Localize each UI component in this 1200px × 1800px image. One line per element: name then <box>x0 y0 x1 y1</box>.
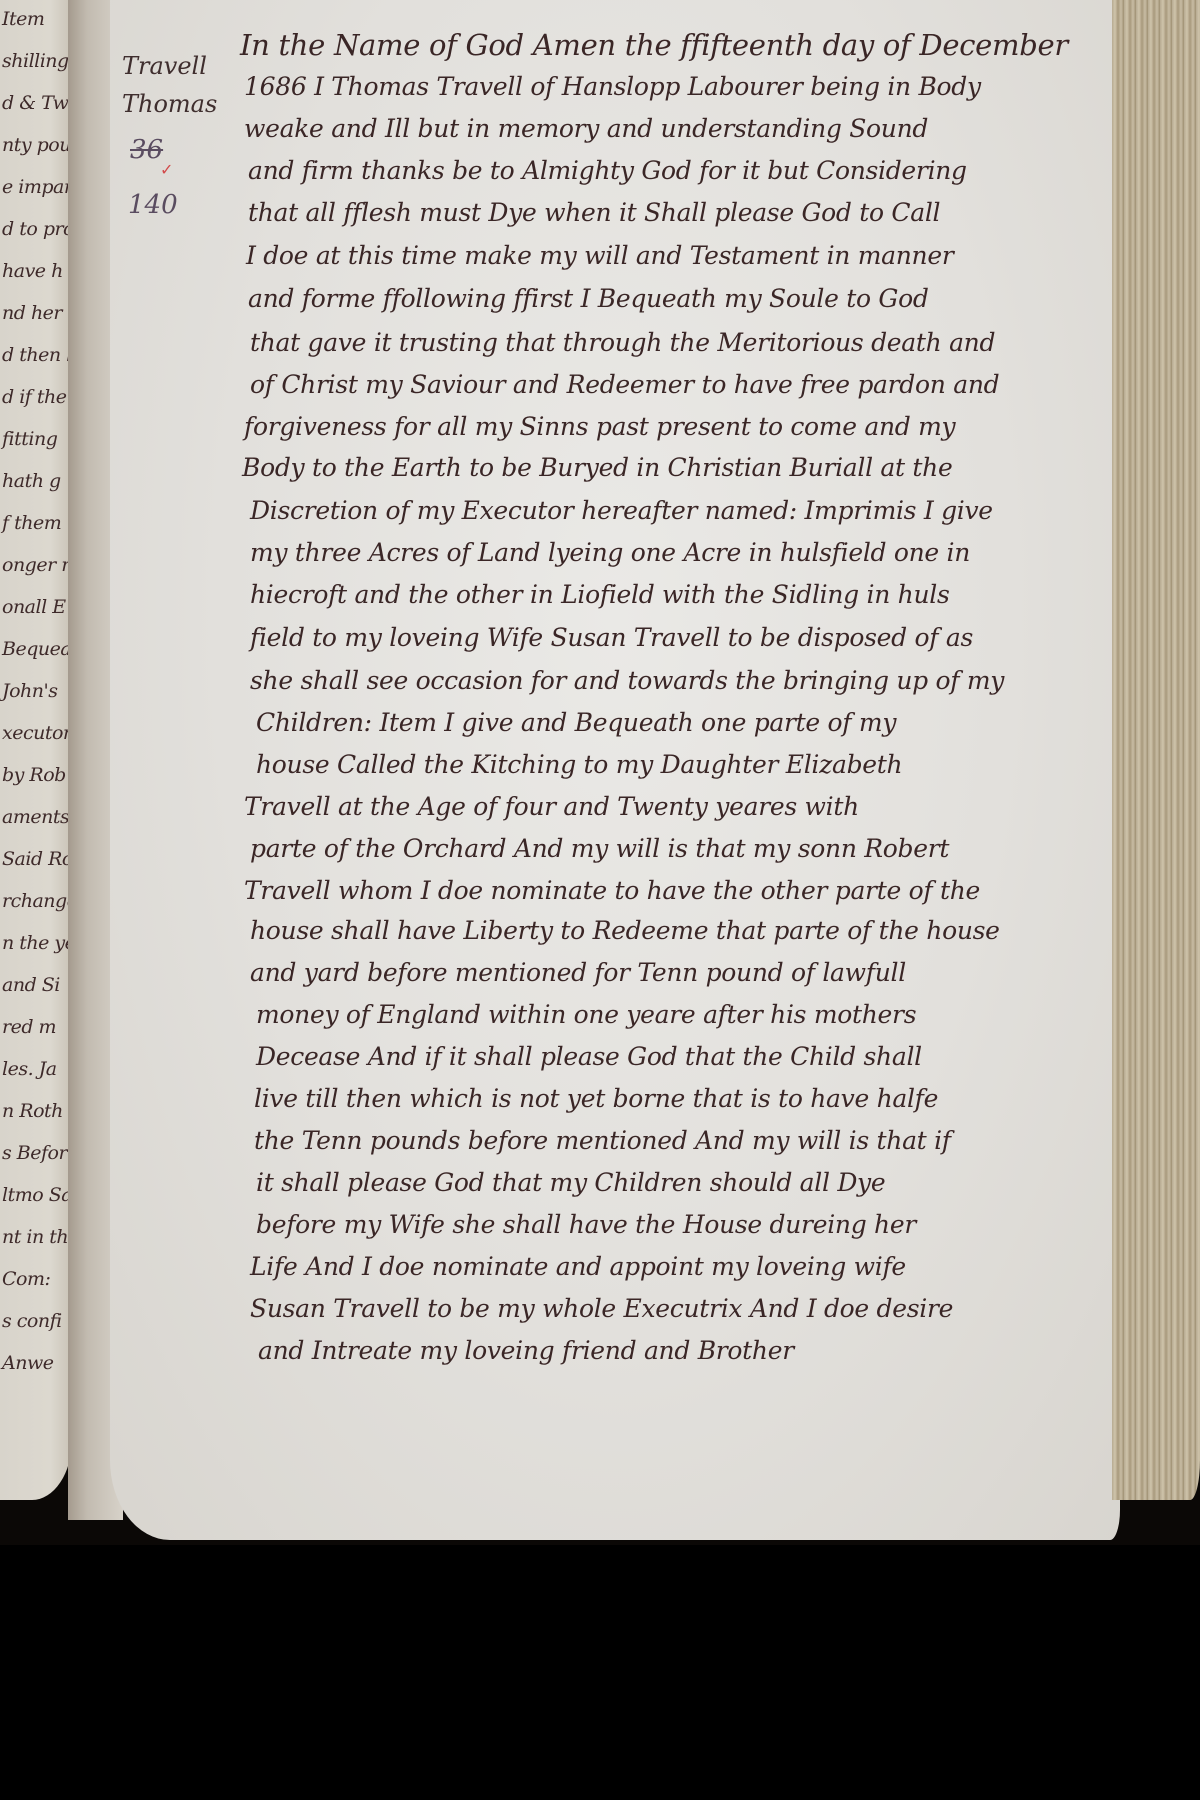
facing-page-fragment: d to pro <box>2 218 72 240</box>
text-line: of Christ my Saviour and Redeemer to hav… <box>250 370 999 399</box>
facing-page-fragment: onall E <box>2 596 66 618</box>
text-line: house shall have Liberty to Redeeme that… <box>250 916 1000 945</box>
text-line: forgiveness for all my Sinns past presen… <box>244 412 955 441</box>
facing-page-fragment: Anwe <box>2 1352 53 1374</box>
text-line: before my Wife she shall have the House … <box>256 1210 916 1239</box>
facing-page-fragment: John's <box>2 680 58 702</box>
facing-page-fragment: d if the <box>2 386 66 408</box>
facing-page-fragment: fitting <box>2 428 57 450</box>
manuscript-photo: Itemshillingd & Twennty poune impard to … <box>0 0 1200 1545</box>
facing-page-fragment: Said Ro <box>2 848 72 870</box>
text-line: the Tenn pounds before mentioned And my … <box>254 1126 951 1155</box>
facing-page-fragment: onger m <box>2 554 72 576</box>
facing-page-fragment: shilling <box>2 50 69 72</box>
text-line: 1686 I Thomas Travell of Hanslopp Labour… <box>244 72 981 101</box>
text-line: and forme ffollowing ffirst I Bequeath m… <box>248 284 929 313</box>
margin-surname: Travell <box>122 52 207 80</box>
black-band <box>0 1545 1200 1800</box>
text-line: she shall see occasion for and towards t… <box>250 666 1004 695</box>
facing-page-fragment: hath g <box>2 470 61 492</box>
text-line: hiecroft and the other in Liofield with … <box>250 580 949 609</box>
facing-page-fragment: n the ye <box>2 932 72 954</box>
text-line: parte of the Orchard And my will is that… <box>250 834 949 863</box>
facing-page-fragment: Item <box>2 8 44 30</box>
facing-page-fragment: f them <box>2 512 61 534</box>
text-line: Body to the Earth to be Buryed in Christ… <box>242 453 952 482</box>
text-line: that gave it trusting that through the M… <box>250 328 995 357</box>
facing-page-fragment: and Si <box>2 974 60 996</box>
text-line: Travell at the Age of four and Twenty ye… <box>244 792 859 821</box>
text-line: my three Acres of Land lyeing one Acre i… <box>250 538 970 567</box>
margin-folio: 140 <box>128 190 178 220</box>
facing-page-fragment: n Roth <box>2 1100 63 1122</box>
facing-page-fragment: nt in th <box>2 1226 68 1248</box>
facing-page-fragment: Bequea <box>2 638 71 660</box>
text-line: Life And I doe nominate and appoint my l… <box>250 1252 906 1281</box>
text-line: Travell whom I doe nominate to have the … <box>244 876 980 905</box>
text-line: and Intreate my loveing friend and Broth… <box>258 1336 794 1365</box>
text-line: weake and Ill but in memory and understa… <box>244 114 928 143</box>
text-line: and firm thanks be to Almighty God for i… <box>248 156 967 185</box>
facing-page-fragment: d & Twen <box>2 92 72 114</box>
facing-page-fragment: Com: <box>2 1268 50 1290</box>
facing-page-fragment: s confi <box>2 1310 62 1332</box>
red-tick-mark: ✓ <box>160 160 173 179</box>
text-line: Decease And if it shall please God that … <box>256 1042 922 1071</box>
facing-page-fragment: red m <box>2 1016 56 1038</box>
facing-page-fragment: xecutor <box>2 722 72 744</box>
text-line: Children: Item I give and Bequeath one p… <box>256 708 896 737</box>
facing-page: Itemshillingd & Twennty poune impard to … <box>0 0 72 1500</box>
margin-folio-struck: 36 <box>130 135 163 165</box>
facing-page-fragment: have h <box>2 260 63 282</box>
text-line: and yard before mentioned for Tenn pound… <box>250 958 906 987</box>
margin-forename: Thomas <box>122 90 217 118</box>
text-line: that all fflesh must Dye when it Shall p… <box>248 198 940 227</box>
text-line: I doe at this time make my will and Test… <box>246 241 954 270</box>
text-line: Susan Travell to be my whole Executrix A… <box>250 1294 953 1323</box>
facing-page-fragment: d then h <box>2 344 72 366</box>
text-line: In the Name of God Amen the ffifteenth d… <box>240 28 1068 62</box>
text-line: house Called the Kitching to my Daughter… <box>256 750 902 779</box>
text-line: it shall please God that my Children sho… <box>256 1168 885 1197</box>
facing-page-fragment: les. Ja <box>2 1058 57 1080</box>
facing-page-fragment: nty poun <box>2 134 72 156</box>
facing-page-fragment: rchange <box>2 890 72 912</box>
facing-page-fragment: e impar <box>2 176 72 198</box>
facing-page-fragment: by Rob <box>2 764 66 786</box>
facing-page-fragment: aments <box>2 806 69 828</box>
facing-page-fragment: nd her <box>2 302 62 324</box>
text-line: live till then which is not yet borne th… <box>254 1084 938 1113</box>
facing-page-fragment: ltmo Sa <box>2 1184 72 1206</box>
text-line: money of England within one yeare after … <box>256 1000 916 1029</box>
text-line: field to my loveing Wife Susan Travell t… <box>250 623 973 652</box>
text-line: Discretion of my Executor hereafter name… <box>250 496 993 525</box>
facing-page-fragment: s Befor <box>2 1142 67 1164</box>
page-block-fore-edge <box>1112 0 1200 1500</box>
